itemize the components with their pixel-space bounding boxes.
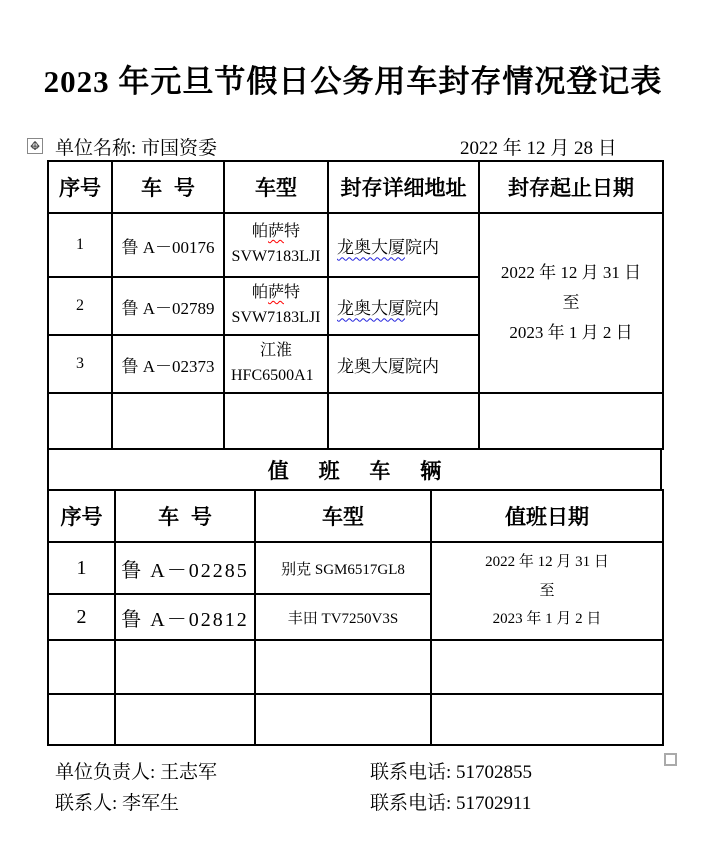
move-vertical-icon: ↕ (28, 139, 42, 153)
header-seal-dates: 封存起止日期 (479, 161, 663, 213)
duty-row1-model: 别克 SGM6517GL8 (255, 542, 431, 594)
table-move-handle-icon[interactable]: ↔ ↕ (27, 138, 43, 154)
row1-no: 1 (48, 213, 112, 277)
row3-address: 龙奥大厦院内 (328, 335, 479, 393)
word-document-page: 2023 年元旦节假日公务用车封存情况登记表 ↔ ↕ 单位名称: 市国资委 20… (0, 0, 706, 846)
row2-address: 龙奥大厦院内 (328, 277, 479, 335)
seal-date-range: 2022 年 12 月 31 日至2023 年 1 月 2 日 (479, 213, 663, 393)
duty-row1-no: 1 (48, 542, 115, 594)
duty-vehicles-banner: 值 班 车 辆 (47, 450, 662, 489)
header-address: 封存详细地址 (328, 161, 479, 213)
row2-model-code: SVW7183LJI (225, 306, 327, 331)
row2-no: 2 (48, 277, 112, 335)
row2-model: 帕萨特 SVW7183LJI (224, 277, 328, 335)
row3-no: 3 (48, 335, 112, 393)
duty-header-row: 序号 车 号 车型 值班日期 (48, 490, 663, 542)
header-no: 序号 (48, 161, 112, 213)
duty-header-no: 序号 (48, 490, 115, 542)
header-plate: 车 号 (112, 161, 224, 213)
unit-name-label: 单位名称: 市国资委 (55, 133, 217, 160)
row2-plate: 鲁 A－02789 (112, 277, 224, 335)
table-row: 1 鲁 A－02285 别克 SGM6517GL8 2022 年 12 月 31… (48, 542, 663, 594)
table-row: 1 鲁 A－00176 帕萨特 SVW7183LJI 龙奥大厦院内 2022 年… (48, 213, 663, 277)
row3-model: 江淮 HFC6500A1 (224, 335, 328, 393)
duty-date-range: 2022 年 12 月 31 日至2023 年 1 月 2 日 (431, 542, 663, 640)
spellcheck-mark: 萨 (268, 223, 284, 240)
row3-model-code: HFC6500A1 (225, 364, 327, 389)
duty-row2-model: 丰田 TV7250V3S (255, 594, 431, 640)
empty-table-row (48, 640, 663, 694)
phone-2: 联系电话: 51702911 (370, 788, 531, 815)
duty-header-plate: 车 号 (115, 490, 255, 542)
empty-table-row (48, 393, 663, 449)
spellcheck-mark: 萨 (268, 284, 284, 301)
grammar-mark: 龙奥大厦 (337, 238, 405, 257)
page-title: 2023 年元旦节假日公务用车封存情况登记表 (0, 56, 706, 101)
document-date: 2022 年 12 月 28 日 (460, 133, 617, 160)
sealed-header-row: 序号 车 号 车型 封存详细地址 封存起止日期 (48, 161, 663, 213)
phone-1: 联系电话: 51702855 (370, 757, 532, 784)
row1-plate: 鲁 A－00176 (112, 213, 224, 277)
header-model: 车型 (224, 161, 328, 213)
duty-vehicles-table: 序号 车 号 车型 值班日期 1 鲁 A－02285 别克 SGM6517GL8… (47, 489, 664, 746)
grammar-mark: 龙奥大厦 (337, 299, 405, 318)
duty-row2-plate: 鲁 A－02812 (115, 594, 255, 640)
row3-plate: 鲁 A－02373 (112, 335, 224, 393)
responsible-person: 单位负责人: 王志军 (55, 757, 217, 784)
empty-table-row (48, 694, 663, 745)
row1-address: 龙奥大厦院内 (328, 213, 479, 277)
duty-row1-plate: 鲁 A－02285 (115, 542, 255, 594)
duty-row2-no: 2 (48, 594, 115, 640)
duty-header-model: 车型 (255, 490, 431, 542)
row1-model: 帕萨特 SVW7183LJI (224, 213, 328, 277)
contact-person: 联系人: 李军生 (55, 788, 179, 815)
registration-table: 序号 车 号 车型 封存详细地址 封存起止日期 1 鲁 A－00176 帕萨特 … (47, 160, 662, 746)
row1-model-code: SVW7183LJI (225, 245, 327, 270)
sealed-vehicles-table: 序号 车 号 车型 封存详细地址 封存起止日期 1 鲁 A－00176 帕萨特 … (47, 160, 664, 450)
duty-header-dates: 值班日期 (431, 490, 663, 542)
table-resize-handle[interactable] (664, 753, 677, 766)
